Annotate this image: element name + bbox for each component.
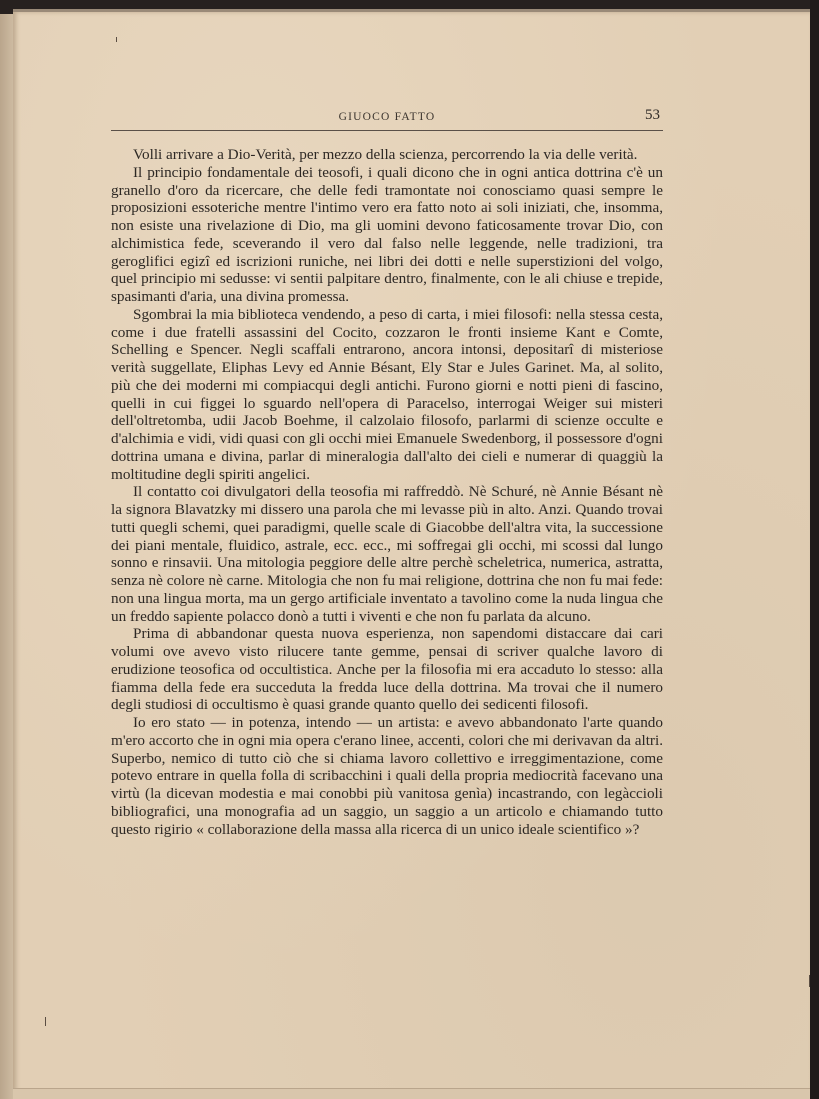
page-bottom-edge [13, 1088, 810, 1099]
paragraph: Io ero stato — in potenza, intendo — un … [111, 714, 663, 838]
paper-speck [45, 1017, 46, 1026]
paragraph: Prima di abbandonar questa nuova esperie… [111, 625, 663, 714]
header-rule [111, 130, 663, 131]
body-text: Volli arrivare a Dio-Verità, per mezzo d… [111, 146, 663, 838]
paper-speck [809, 975, 810, 987]
running-title: GIUOCO FATTO [111, 111, 663, 123]
scan-backdrop-right [810, 0, 819, 1099]
paragraph: Il principio fondamentale dei teosofi, i… [111, 164, 663, 306]
paragraph: Sgombrai la mia biblioteca vendendo, a p… [111, 306, 663, 484]
paper-speck [116, 37, 117, 42]
running-header: GIUOCO FATTO 53 [111, 107, 663, 129]
paragraph: Volli arrivare a Dio-Verità, per mezzo d… [111, 146, 663, 164]
page-number: 53 [645, 107, 660, 124]
paragraph: Il contatto coi divulgatori della teosof… [111, 483, 663, 625]
